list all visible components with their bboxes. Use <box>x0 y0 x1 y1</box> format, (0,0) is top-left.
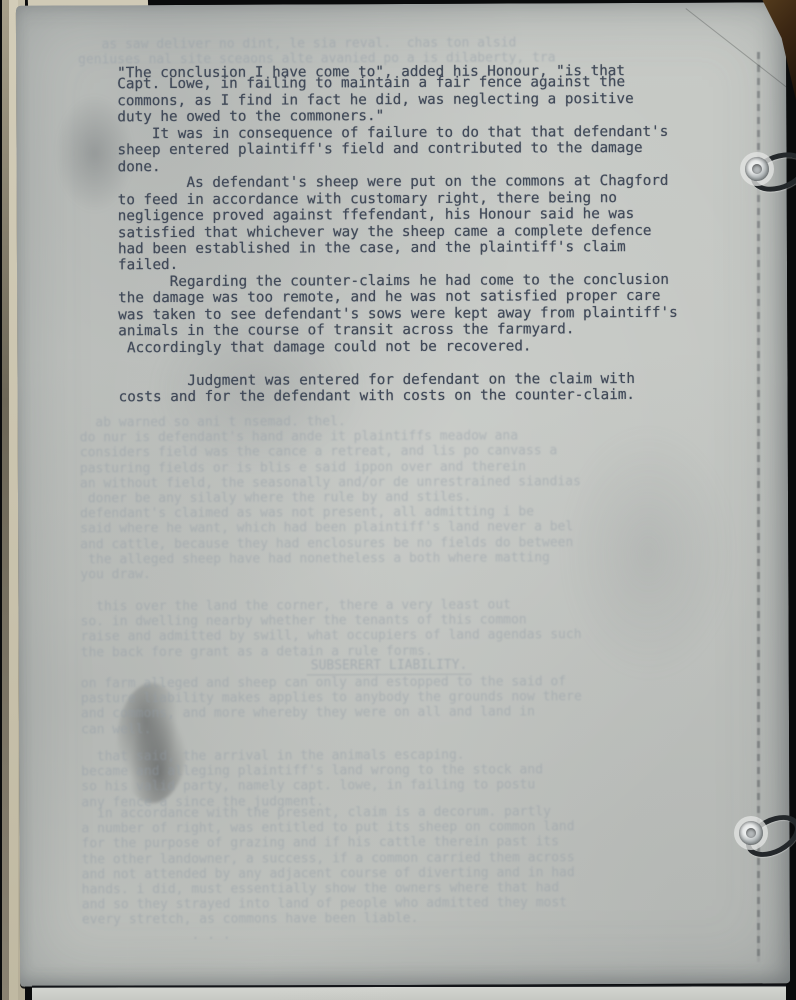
grommet-hole-bottom <box>739 821 763 845</box>
typed-line: was taken to see defendant's sows were k… <box>118 304 718 323</box>
typed-line: negligence proved against ffefendant, hi… <box>118 206 718 225</box>
bleedthrough-line: you draw. <box>80 565 740 583</box>
bleedthrough-line: . . . <box>82 925 742 943</box>
grommet-hole-top <box>745 157 769 181</box>
under-sheet-edge <box>32 984 786 1000</box>
typed-line: costs and for the defendant with costs o… <box>119 387 719 406</box>
typed-text: "The conclusion I have come to", added h… <box>117 63 718 406</box>
typed-line: sheep entered plaintiff's field and cont… <box>117 140 717 159</box>
bleedthrough-line: can well. <box>81 719 741 737</box>
bleedthrough-text-block: on farm alleged and sheep can only and e… <box>81 674 741 738</box>
typed-line: As defendant's sheep were put on the com… <box>118 173 718 192</box>
typed-line: commons, as I find in fact he did, was n… <box>117 91 717 110</box>
bleedthrough-text-block: in accordance with the present, claim is… <box>81 804 742 944</box>
photo-background: { "document": { "paper_color": "#c6c9c5"… <box>0 0 796 1000</box>
bleedthrough-text-block: ab warned so ani t nsemad. thel.do nur i… <box>80 413 741 583</box>
bleedthrough-heading: SUBSERERT LIABILITY. <box>307 658 472 676</box>
typed-line: satisfied that whichever way the sheep c… <box>118 222 718 241</box>
bleedthrough-text-block: that said, the arrival in the animals es… <box>81 747 741 811</box>
bleedthrough-text-block: this over the land the corner, there a v… <box>80 597 740 661</box>
document-page: as saw deliver no dint, le sia reval. ch… <box>16 2 790 986</box>
